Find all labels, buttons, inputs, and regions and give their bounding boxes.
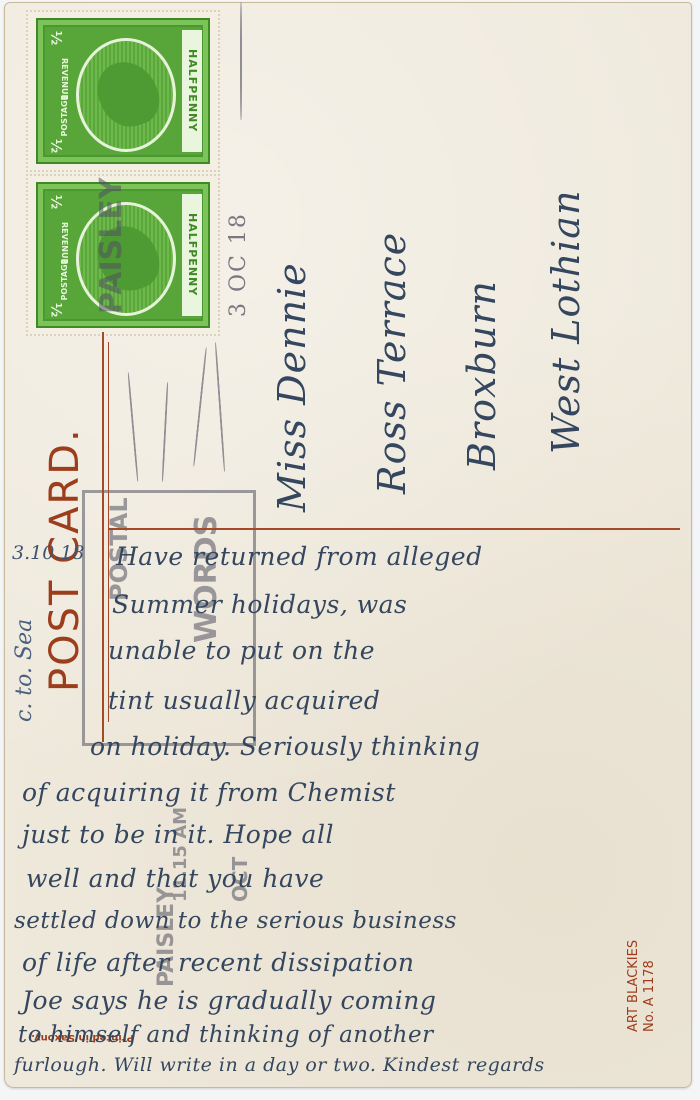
stamp-revenue-label: REVENUE [60,58,69,100]
stamp-value: ½ [47,195,63,210]
postmark-wave-line [193,347,208,467]
publisher-imprint: ART BLACKIES No. A 1178 [626,940,658,1032]
address-divider-line [108,528,680,530]
postmark-wave-line [161,382,168,482]
message-line: Joe says he is gradually coming [22,986,436,1015]
margin-note: c. to. Sea [12,619,37,722]
postcard-back: ½ ½ REVENUE POSTAGE HALFPENNY ½ ½ REVENU… [4,2,692,1088]
message-line: well and that you have [26,864,324,893]
address-line-county: West Lothian [544,190,588,454]
postmark-slogan: WORDS [189,515,224,643]
message-line: of life after recent dissipation [22,948,415,977]
stamp-value: ½ [47,139,63,154]
stamp-revenue-label: REVENUE [60,222,69,264]
divider-vertical [102,332,104,742]
message-line: tint usually acquired [108,686,380,715]
message-line: furlough. Will write in a day or two. Ki… [14,1054,545,1076]
publisher-name: ART BLACKIES [626,940,642,1032]
message-line: Have returned from alleged [116,542,483,571]
stamp-portrait [76,38,176,152]
postmark-wave-line [214,342,225,472]
message-line: settled down to the serious business [14,908,457,934]
divider-vertical-inner [108,342,109,722]
stamp-denomination: HALFPENNY [182,30,202,152]
address-line-name: Miss Dennie [270,262,314,512]
stamp-halfpenny-1: ½ ½ REVENUE POSTAGE HALFPENNY [26,10,220,172]
series-number: No. A 1178 [642,940,658,1032]
stamp-postage-label: POSTAGE [60,259,69,300]
postmark-town: PAISLEY [94,177,129,314]
postmark-wave-line [127,372,139,482]
postmark-line [240,2,242,120]
stamp-postage-label: POSTAGE [60,95,69,136]
king-george-v-profile-icon [89,53,166,135]
stamp-denomination: HALFPENNY [182,194,202,316]
address-line-town: Broxburn [460,280,504,470]
message-line: of acquiring it from Chemist [22,778,396,807]
stamp-value: ½ [47,303,63,318]
stamp-value: ½ [47,31,63,46]
margin-date: 3.10.18 [12,542,85,564]
message-line: just to be in it. Hope all [22,820,334,849]
message-line: to himself and thinking of another [18,1022,434,1048]
message-line: on holiday. Seriously thinking [90,732,480,761]
postmark-date: 3 OC 18 [226,212,251,317]
message-line: unable to put on the [108,636,375,665]
message-line: Summer holidays, was [112,590,407,619]
address-line-street: Ross Terrace [370,232,414,494]
